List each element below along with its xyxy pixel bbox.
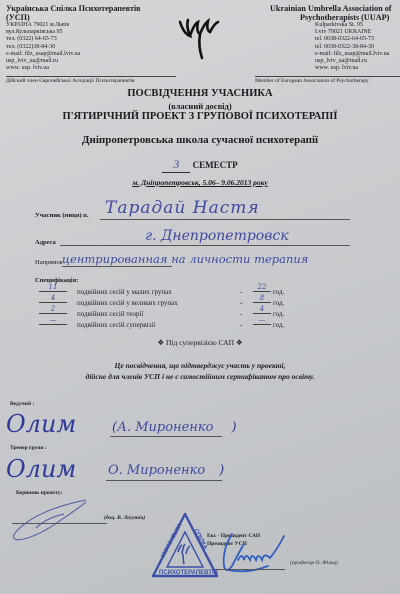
supervision-line: ❖ Під супервізією САП ❖ [0,338,400,347]
spec-description: подвійних сесій супервізії [77,321,155,329]
paren-close: ) [219,463,224,478]
document-title: ПОСВІДЧЕННЯ УЧАСНИКА [0,88,400,99]
trainer-name: О. Мироненко) [108,463,224,478]
header-right: Ukrainian Umbrella Association of Psycho… [270,4,392,72]
semester-line: 3 СЕМЕСТР [0,157,400,173]
head-underline [12,523,107,524]
direction-value: центрированная на личности терапия [62,252,308,266]
phone-line: тел. (0322) 64-65-73 [6,36,141,43]
head-label: Керівник проекту: [16,490,62,496]
spec-description: подвійних сесій у великих групах [77,299,178,307]
spec-dash: - [240,299,242,307]
address-label: Адреса [35,239,56,246]
org-abbr-ua: (УСП) [6,13,141,22]
org-abbr-en: Psychotherapists (UUAP) [270,13,392,22]
note-line: Це посвідчення, що підтверджує участь у … [0,360,400,371]
usp-logo-icon [176,12,224,67]
website-line: www. usp. lviv.ua [270,65,392,72]
spec-unit: год. [273,310,284,318]
participant-underline [100,219,350,220]
school-name: Дніпропетровська школа сучасної психотер… [0,134,400,146]
leader-name-text: А. Мироненко [117,420,213,435]
org-name-en: Ukrainian Umbrella Association of [270,4,392,13]
email-line: usp_lviv_ua@mail.ru [6,58,141,65]
note-line: дійсне для членів УСП і не є самостійним… [0,371,400,382]
spec-count: 11 [39,283,67,292]
spec-row: 2 подвійних сесій теорії - 4 год. [35,310,375,321]
address-line: Kulparkivska St. 95 [270,22,392,29]
spec-hours: 4 [253,305,271,314]
spec-unit: год. [273,299,284,307]
spec-dash: - [240,310,242,318]
leader-signature: Олим [6,410,76,438]
spec-row: 4 подвійних сесій у великих групах - 8 г… [35,299,375,310]
head-signature [6,498,101,553]
address-line: Lviv 79021 UKRAINE [270,29,392,36]
phone-line: тел. (0322)38-84-30 [6,44,141,51]
membership-ua: Дійсний член Європейської Асоціації Псих… [6,76,176,84]
email-line: e-mail: filz_usap@mail.lviv.ua [270,51,392,58]
president-signature [218,530,290,581]
email-line: e-mail: filz_usap@mail.lviv.ua [6,51,141,58]
spec-dash: - [240,321,242,329]
spec-count: 2 [39,305,67,314]
org-name-ua: Українська Спілка Психотерапевтів [6,4,141,13]
spec-hours: 22 [253,283,271,292]
spec-row: — подвійних сесій супервізії - — год. [35,321,375,332]
document-subtitle: (власний досвід) [0,101,400,111]
website-line: www. usp. lviv.ua [6,65,141,72]
spec-row: 11 подвійних сесій у малих групах - 22 г… [35,288,375,299]
address-value: г. Днепропетровск [145,228,289,244]
organization-stamp: УКРАЇНСЬКА СПІЛКА ПСИХОТЕРАПЕВТІВ [150,510,220,587]
leader-label: Ведучий : [10,401,34,407]
phone-line: tel. 0038-0322-38-84-30 [270,44,392,51]
spec-count: 4 [39,294,67,303]
spec-count: — [39,316,67,325]
stamp-text-right: СПІЛКА [192,528,208,551]
trainer-signature: Олим [6,455,76,483]
semester-label: СЕМЕСТР [193,160,238,170]
participant-value: Тарадай Настя [105,198,260,218]
spec-description: подвійних сесій теорії [77,310,143,318]
president-underline [215,569,285,570]
address-underline [60,245,350,246]
address-line: УКРАЇНА 79021 м.Львів [6,22,141,29]
certificate-page: Українська Спілка Психотерапевтів (УСП) … [0,0,400,594]
spec-description: подвійних сесій у малих групах [77,288,172,296]
direction-label: Напрямок [35,259,63,266]
phone-line: tel. 0038-0322-64-65-73 [270,36,392,43]
place-date: м. Дніпропетровськ, 5.06– 9.06.2013 року [0,178,400,187]
spec-unit: год. [273,288,284,296]
head-name: (доц. В. Лагутін) [104,515,145,521]
participant-label: Учасник (ниця) п. [35,212,89,219]
spec-hours: — [253,316,271,325]
project-title: П'ЯТИРІЧНИЙ ПРОЕКТ З ГРУПОВОЇ ПСИХОТЕРАП… [0,111,400,122]
spec-hours: 8 [253,294,271,303]
semester-number: 3 [162,157,190,173]
trainer-label: Тренер групи : [10,445,47,451]
direction-underline [62,266,172,267]
paren-close: ) [231,420,236,435]
membership-en: Member of European Association of Psycho… [255,76,400,84]
email-line: usp_lviv_ua@mail.ru [270,58,392,65]
leader-underline [110,436,222,437]
president-name: (професор О. Фільц) [290,560,338,566]
validity-note: Це посвідчення, що підтверджує участь у … [0,360,400,382]
trainer-underline [106,480,222,481]
stamp-text-bottom: ПСИХОТЕРАПЕВТІВ [159,570,219,576]
spec-dash: - [240,288,242,296]
leader-name: (А. Мироненко) [112,420,237,435]
spec-unit: год. [273,321,284,329]
header-left: Українська Спілка Психотерапевтів (УСП) … [6,4,141,72]
trainer-name-text: О. Мироненко [108,463,205,478]
